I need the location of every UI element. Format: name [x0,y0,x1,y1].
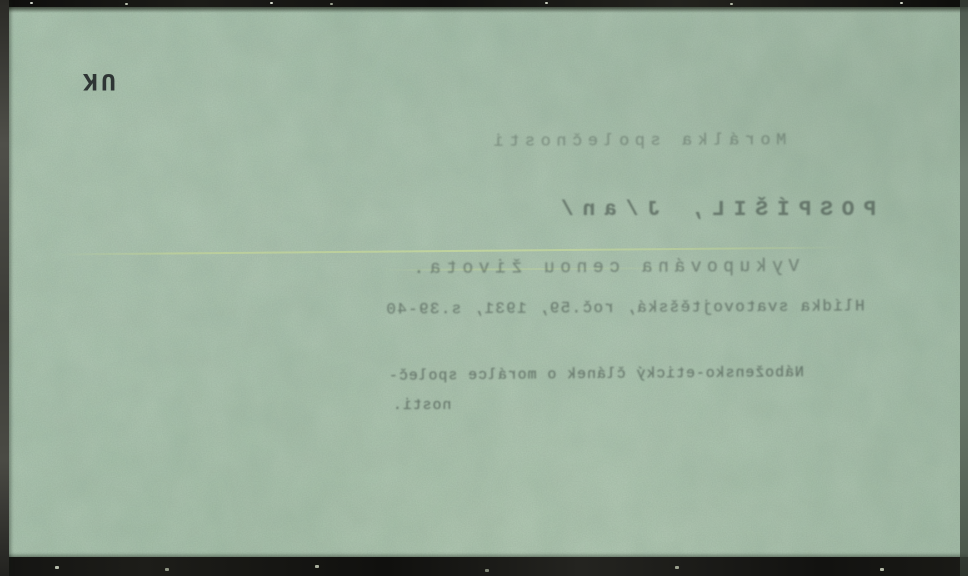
library-stamp: UK [80,66,116,95]
bleed-line-author: POSPÍŠIL, J/an/ [552,199,876,222]
bleed-line-subtitle: Vykupována cenou života. [408,257,799,279]
scan-edge-top-shadow [0,7,968,13]
edge-speckles-top [30,2,33,4]
scan-edge-right [960,0,968,576]
edge-speckles-bottom [55,566,59,569]
scanner-line [55,247,845,256]
bleed-line-annotation-cont: nosti. [392,397,451,414]
paper-texture [0,0,968,576]
bleed-line-annotation: Nábožensko-etický článek o morálce spole… [388,364,804,385]
catalog-card-scan: UK Morálka společnosti POSPÍŠIL, J/an/ V… [0,0,968,576]
scan-edge-bottom [0,557,968,576]
bleed-line-citation: Hlídka svatovojtěšská, roč.59, 1931, s.3… [385,297,865,318]
scan-edge-left [0,0,9,576]
scan-edge-top [0,0,968,7]
bleed-line-title: Morálka společnosti [488,131,786,152]
